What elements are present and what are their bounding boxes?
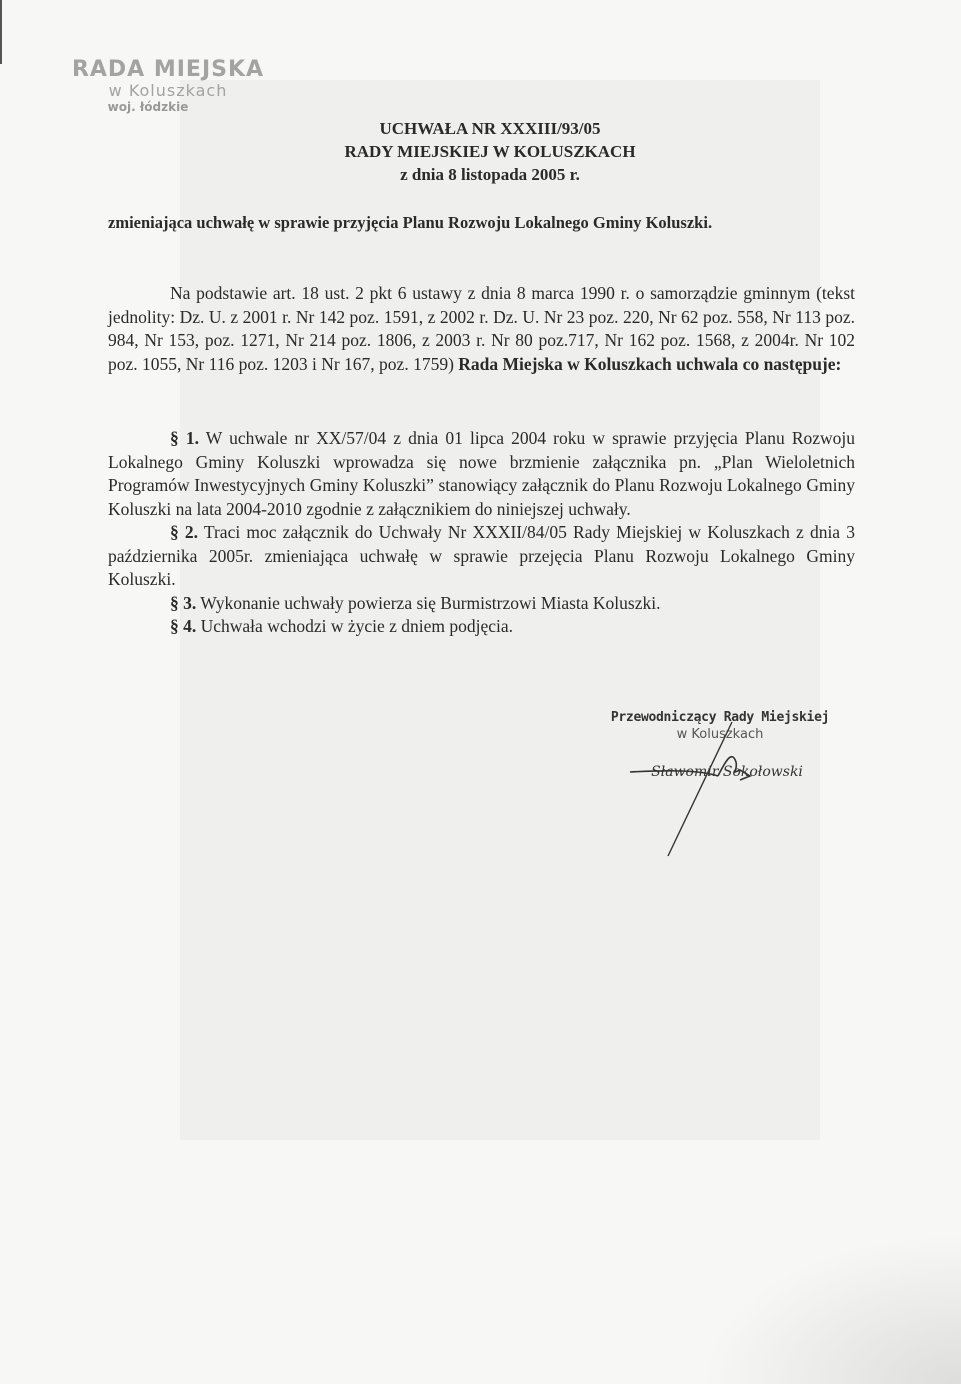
stamp-line-3: woj. łódzkie (18, 100, 278, 114)
handwritten-signature-icon (600, 710, 840, 860)
paragraph-4: § 4. Uchwała wchodzi w życie z dniem pod… (108, 615, 855, 639)
paragraph-text: Wykonanie uchwały powierza się Burmistrz… (196, 593, 660, 613)
resolution-issuer: RADY MIEJSKIEJ W KOLUSZKACH (290, 140, 690, 163)
council-stamp: RADA MIEJSKA w Koluszkach woj. łódzkie (58, 58, 278, 114)
resolution-date: z dnia 8 listopada 2005 r. (290, 163, 690, 186)
paragraph-text: W uchwale nr XX/57/04 z dnia 01 lipca 20… (108, 428, 855, 519)
stamp-line-2: w Koluszkach (58, 82, 278, 100)
scan-shadow (701, 1234, 961, 1384)
stamp-line-1: RADA MIEJSKA (58, 58, 278, 82)
scan-edge-mark (0, 0, 2, 64)
paragraph-label: § 1. (170, 428, 199, 448)
paragraph-1: § 1. W uchwale nr XX/57/04 z dnia 01 lip… (108, 427, 855, 521)
preamble-enacting-clause: Rada Miejska w Koluszkach uchwala co nas… (458, 354, 841, 374)
resolution-subject: zmieniająca uchwałę w sprawie przyjęcia … (108, 213, 868, 233)
resolution-heading: UCHWAŁA NR XXXIII/93/05 RADY MIEJSKIEJ W… (290, 117, 690, 186)
paragraph-2: § 2. Traci moc załącznik do Uchwały Nr X… (108, 521, 855, 592)
signature-block: Przewodniczący Rady Miejskiej w Koluszka… (600, 710, 840, 780)
paragraph-label: § 2. (170, 522, 198, 542)
paragraphs: § 1. W uchwale nr XX/57/04 z dnia 01 lip… (108, 427, 855, 639)
paragraph-label: § 4. (170, 616, 196, 636)
paragraph-text: Uchwała wchodzi w życie z dniem podjęcia… (196, 616, 513, 636)
paragraph-text: Traci moc załącznik do Uchwały Nr XXXII/… (108, 522, 855, 589)
paragraph-3: § 3. Wykonanie uchwały powierza się Burm… (108, 592, 855, 616)
resolution-title: UCHWAŁA NR XXXIII/93/05 (290, 117, 690, 140)
preamble: Na podstawie art. 18 ust. 2 pkt 6 ustawy… (108, 282, 855, 376)
paragraph-label: § 3. (170, 593, 196, 613)
